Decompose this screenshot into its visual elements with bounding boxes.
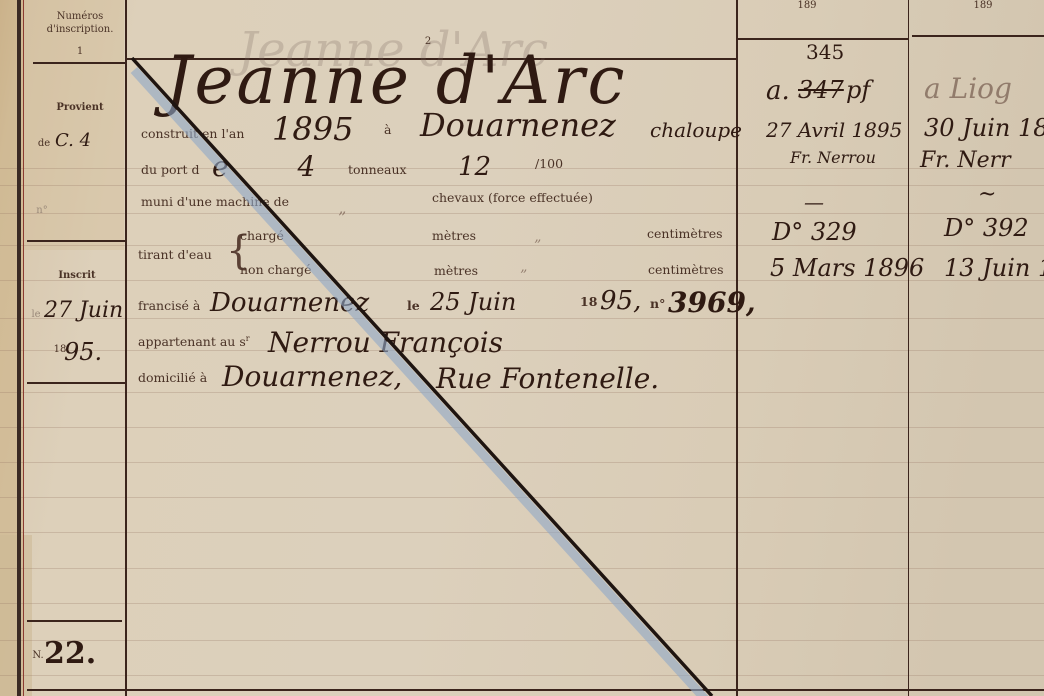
cancellation-stroke — [0, 0, 1044, 696]
register-page: Numéros d'inscription. 1 2 189 189 Provi… — [0, 0, 1044, 696]
